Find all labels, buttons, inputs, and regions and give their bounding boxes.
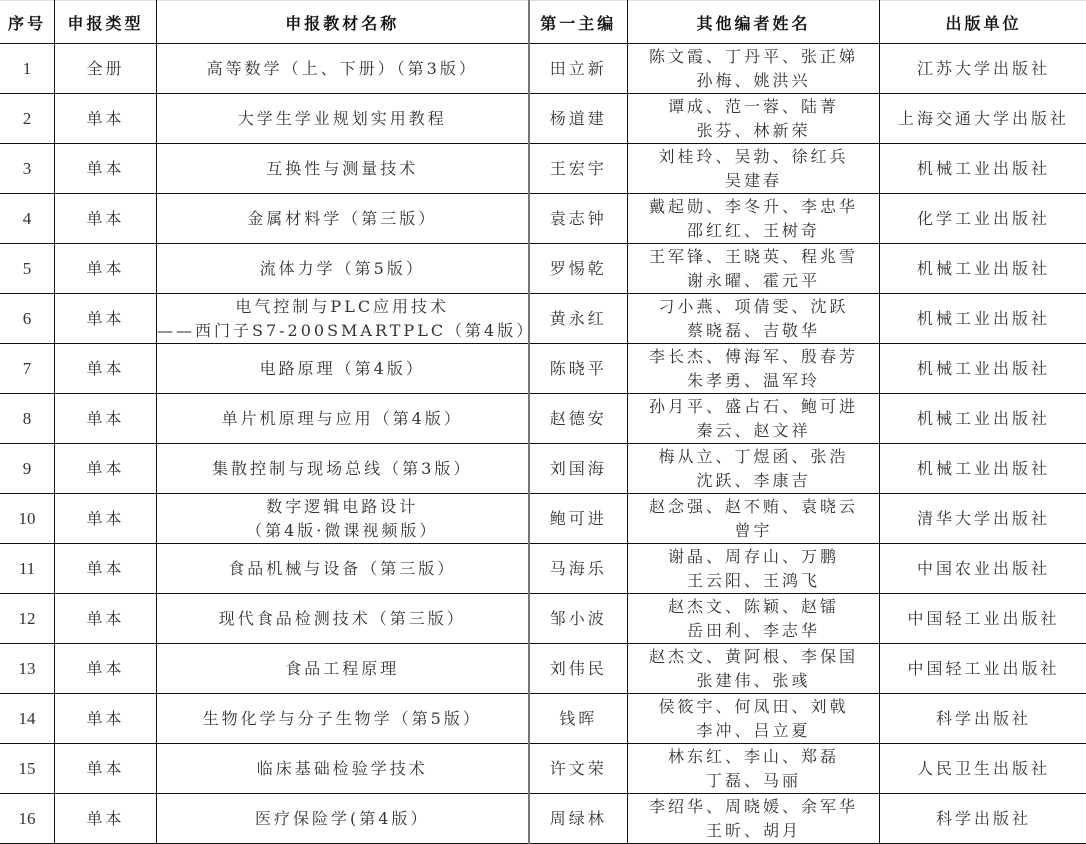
textbook-title-cell: 高等数学（上、下册）（第3版） [157,44,529,94]
textbook-title-line: 食品机械与设备（第三版） [157,557,528,581]
table-row: 2 单本 大学生学业规划实用教程 杨道建 谭成、范一蓉、陆菁张芬、林新荣 上海交… [0,94,1086,144]
other-editors-cell: 王军锋、王晓英、程兆雪谢永曜、霍元平 [628,244,880,294]
textbook-title-cell: 医疗保险学(第4版） [157,794,529,844]
other-editors-cell: 赵念强、赵不贿、袁晓云曾宇 [628,494,880,544]
other-editors-line: 丁磊、马丽 [628,769,879,793]
serial-number-cell: 3 [0,144,55,194]
publisher-cell: 机械工业出版社 [880,394,1086,444]
serial-number-cell: 8 [0,394,55,444]
other-editors-line: 赵念强、赵不贿、袁晓云 [628,495,879,519]
other-editors-cell: 戴起勋、李冬升、李忠华邵红红、王树奇 [628,194,880,244]
header-chief-editor: 第一主编 [529,1,628,44]
chief-editor-cell: 赵德安 [529,394,628,444]
publisher-cell: 中国轻工业出版社 [880,594,1086,644]
other-editors-line: 孙梅、姚洪兴 [628,69,879,93]
other-editors-line: 刘桂玲、吴勃、徐红兵 [628,145,879,169]
other-editors-cell: 李绍华、周晓媛、余军华王昕、胡月 [628,794,880,844]
application-type-cell: 单本 [55,244,157,294]
publisher-cell: 人民卫生出版社 [880,744,1086,794]
table-row: 6 单本 电气控制与PLC应用技术——西门子S7-200SMARTPLC（第4版… [0,294,1086,344]
textbook-title-cell: 现代食品检测技术（第三版） [157,594,529,644]
application-type-cell: 单本 [55,394,157,444]
textbook-title-cell: 电路原理（第4版） [157,344,529,394]
header-textbook-title: 申报教材名称 [157,1,529,44]
publisher-cell: 机械工业出版社 [880,144,1086,194]
publisher-cell: 科学出版社 [880,694,1086,744]
other-editors-line: 朱孝勇、温军玲 [628,369,879,393]
publisher-cell: 化学工业出版社 [880,194,1086,244]
other-editors-line: 李冲、吕立夏 [628,719,879,743]
application-type-cell: 单本 [55,544,157,594]
other-editors-line: 谢永曜、霍元平 [628,269,879,293]
table-row: 5 单本 流体力学（第5版） 罗惕乾 王军锋、王晓英、程兆雪谢永曜、霍元平 机械… [0,244,1086,294]
textbook-title-line: 临床基础检验学技术 [157,757,528,781]
textbook-title-line: 现代食品检测技术（第三版） [157,607,528,631]
other-editors-cell: 梅从立、丁煜函、张浩沈跃、李康吉 [628,444,880,494]
table-row: 3 单本 互换性与测量技术 王宏宇 刘桂玲、吴勃、徐红兵吴建春 机械工业出版社 [0,144,1086,194]
other-editors-line: 戴起勋、李冬升、李忠华 [628,195,879,219]
application-type-cell: 单本 [55,794,157,844]
header-other-editors: 其他编者姓名 [628,1,880,44]
chief-editor-cell: 杨道建 [529,94,628,144]
serial-number-cell: 16 [0,794,55,844]
textbook-title-line: 流体力学（第5版） [157,257,528,281]
publisher-cell: 上海交通大学出版社 [880,94,1086,144]
application-type-cell: 全册 [55,44,157,94]
textbook-title-cell: 互换性与测量技术 [157,144,529,194]
serial-number-cell: 14 [0,694,55,744]
textbook-title-line: 电路原理（第4版） [157,357,528,381]
other-editors-line: 张芬、林新荣 [628,119,879,143]
other-editors-line: 李长杰、傅海军、殷春芳 [628,345,879,369]
serial-number-cell: 1 [0,44,55,94]
publisher-cell: 中国轻工业出版社 [880,644,1086,694]
serial-number-cell: 5 [0,244,55,294]
textbook-title-line: 互换性与测量技术 [157,157,528,181]
application-type-cell: 单本 [55,94,157,144]
other-editors-cell: 孙月平、盛占石、鲍可进秦云、赵文祥 [628,394,880,444]
serial-number-cell: 9 [0,444,55,494]
textbook-title-line: 大学生学业规划实用教程 [157,107,528,131]
other-editors-line: 邵红红、王树奇 [628,219,879,243]
chief-editor-cell: 周绿林 [529,794,628,844]
application-type-cell: 单本 [55,594,157,644]
application-type-cell: 单本 [55,194,157,244]
other-editors-line: 岳田利、李志华 [628,619,879,643]
chief-editor-cell: 刘国海 [529,444,628,494]
application-type-cell: 单本 [55,294,157,344]
textbook-title-cell: 集散控制与现场总线（第3版） [157,444,529,494]
other-editors-cell: 谭成、范一蓉、陆菁张芬、林新荣 [628,94,880,144]
other-editors-line: 谢晶、周存山、万鹏 [628,545,879,569]
other-editors-line: 刁小燕、项倩雯、沈跃 [628,295,879,319]
textbook-title-cell: 金属材料学（第三版） [157,194,529,244]
application-type-cell: 单本 [55,694,157,744]
textbook-title-cell: 食品工程原理 [157,644,529,694]
textbook-title-cell: 食品机械与设备（第三版） [157,544,529,594]
other-editors-line: 谭成、范一蓉、陆菁 [628,95,879,119]
other-editors-line: 李绍华、周晓媛、余军华 [628,795,879,819]
other-editors-line: 梅从立、丁煜函、张浩 [628,445,879,469]
textbook-title-line: 集散控制与现场总线（第3版） [157,457,528,481]
chief-editor-cell: 王宏宇 [529,144,628,194]
textbook-title-line: 数字逻辑电路设计 [157,495,528,519]
other-editors-line: 赵杰文、黄阿根、李保国 [628,645,879,669]
header-publisher: 出版单位 [880,1,1086,44]
other-editors-cell: 赵杰文、黄阿根、李保国张建伟、张彧 [628,644,880,694]
table-row: 4 单本 金属材料学（第三版） 袁志钟 戴起勋、李冬升、李忠华邵红红、王树奇 化… [0,194,1086,244]
textbook-title-cell: 生物化学与分子生物学（第5版） [157,694,529,744]
table-row: 10 单本 数字逻辑电路设计（第4版·微课视频版） 鲍可进 赵念强、赵不贿、袁晓… [0,494,1086,544]
textbook-title-line: ——西门子S7-200SMARTPLC（第4版） [157,319,528,343]
table-row: 13 单本 食品工程原理 刘伟民 赵杰文、黄阿根、李保国张建伟、张彧 中国轻工业… [0,644,1086,694]
other-editors-line: 林东红、李山、郑磊 [628,745,879,769]
textbook-title-line: （第4版·微课视频版） [157,519,528,543]
application-type-cell: 单本 [55,494,157,544]
other-editors-line: 王云阳、王鸿飞 [628,569,879,593]
textbook-title-line: 食品工程原理 [157,657,528,681]
serial-number-cell: 2 [0,94,55,144]
textbook-title-cell: 数字逻辑电路设计（第4版·微课视频版） [157,494,529,544]
chief-editor-cell: 鲍可进 [529,494,628,544]
other-editors-cell: 陈文霞、丁丹平、张正娣孙梅、姚洪兴 [628,44,880,94]
chief-editor-cell: 袁志钟 [529,194,628,244]
publisher-cell: 机械工业出版社 [880,244,1086,294]
other-editors-line: 孙月平、盛占石、鲍可进 [628,395,879,419]
table-row: 7 单本 电路原理（第4版） 陈晓平 李长杰、傅海军、殷春芳朱孝勇、温军玲 机械… [0,344,1086,394]
publisher-cell: 中国农业出版社 [880,544,1086,594]
table-row: 14 单本 生物化学与分子生物学（第5版） 钱晖 侯筱宇、何凤田、刘戟李冲、吕立… [0,694,1086,744]
table-row: 12 单本 现代食品检测技术（第三版） 邹小波 赵杰文、陈颖、赵镭岳田利、李志华… [0,594,1086,644]
serial-number-cell: 11 [0,544,55,594]
publisher-cell: 科学出版社 [880,794,1086,844]
serial-number-cell: 15 [0,744,55,794]
chief-editor-cell: 田立新 [529,44,628,94]
chief-editor-cell: 黄永红 [529,294,628,344]
other-editors-cell: 赵杰文、陈颖、赵镭岳田利、李志华 [628,594,880,644]
table-row: 1 全册 高等数学（上、下册）（第3版） 田立新 陈文霞、丁丹平、张正娣孙梅、姚… [0,44,1086,94]
table-row: 16 单本 医疗保险学(第4版） 周绿林 李绍华、周晓媛、余军华王昕、胡月 科学… [0,794,1086,844]
textbook-title-line: 生物化学与分子生物学（第5版） [157,707,528,731]
textbook-application-table: 序号 申报类型 申报教材名称 第一主编 其他编者姓名 出版单位 1 全册 高等数… [0,0,1086,844]
chief-editor-cell: 钱晖 [529,694,628,744]
application-type-cell: 单本 [55,444,157,494]
table-row: 11 单本 食品机械与设备（第三版） 马海乐 谢晶、周存山、万鹏王云阳、王鸿飞 … [0,544,1086,594]
publisher-cell: 机械工业出版社 [880,294,1086,344]
textbook-title-cell: 大学生学业规划实用教程 [157,94,529,144]
table-row: 15 单本 临床基础检验学技术 许文荣 林东红、李山、郑磊丁磊、马丽 人民卫生出… [0,744,1086,794]
serial-number-cell: 13 [0,644,55,694]
header-application-type: 申报类型 [55,1,157,44]
other-editors-line: 王昕、胡月 [628,819,879,843]
serial-number-cell: 12 [0,594,55,644]
textbook-title-cell: 电气控制与PLC应用技术——西门子S7-200SMARTPLC（第4版） [157,294,529,344]
other-editors-line: 王军锋、王晓英、程兆雪 [628,245,879,269]
textbook-title-cell: 临床基础检验学技术 [157,744,529,794]
application-type-cell: 单本 [55,344,157,394]
other-editors-line: 吴建春 [628,169,879,193]
serial-number-cell: 6 [0,294,55,344]
chief-editor-cell: 许文荣 [529,744,628,794]
chief-editor-cell: 刘伟民 [529,644,628,694]
other-editors-line: 蔡晓磊、吉敬华 [628,319,879,343]
textbook-title-cell: 单片机原理与应用（第4版） [157,394,529,444]
application-type-cell: 单本 [55,644,157,694]
application-type-cell: 单本 [55,144,157,194]
publisher-cell: 江苏大学出版社 [880,44,1086,94]
textbook-title-line: 金属材料学（第三版） [157,207,528,231]
table-row: 9 单本 集散控制与现场总线（第3版） 刘国海 梅从立、丁煜函、张浩沈跃、李康吉… [0,444,1086,494]
other-editors-cell: 谢晶、周存山、万鹏王云阳、王鸿飞 [628,544,880,594]
serial-number-cell: 10 [0,494,55,544]
other-editors-line: 陈文霞、丁丹平、张正娣 [628,45,879,69]
other-editors-line: 曾宇 [628,519,879,543]
other-editors-cell: 侯筱宇、何凤田、刘戟李冲、吕立夏 [628,694,880,744]
chief-editor-cell: 陈晓平 [529,344,628,394]
serial-number-cell: 4 [0,194,55,244]
other-editors-line: 侯筱宇、何凤田、刘戟 [628,695,879,719]
header-serial-number: 序号 [0,1,55,44]
publisher-cell: 机械工业出版社 [880,344,1086,394]
other-editors-line: 沈跃、李康吉 [628,469,879,493]
textbook-title-cell: 流体力学（第5版） [157,244,529,294]
table-row: 8 单本 单片机原理与应用（第4版） 赵德安 孙月平、盛占石、鲍可进秦云、赵文祥… [0,394,1086,444]
other-editors-line: 赵杰文、陈颖、赵镭 [628,595,879,619]
chief-editor-cell: 马海乐 [529,544,628,594]
other-editors-cell: 李长杰、傅海军、殷春芳朱孝勇、温军玲 [628,344,880,394]
chief-editor-cell: 邹小波 [529,594,628,644]
textbook-title-line: 医疗保险学(第4版） [157,807,528,831]
chief-editor-cell: 罗惕乾 [529,244,628,294]
textbook-title-line: 高等数学（上、下册）（第3版） [157,57,528,81]
other-editors-line: 张建伟、张彧 [628,669,879,693]
publisher-cell: 清华大学出版社 [880,494,1086,544]
textbook-title-line: 电气控制与PLC应用技术 [157,295,528,319]
other-editors-line: 秦云、赵文祥 [628,419,879,443]
textbook-title-line: 单片机原理与应用（第4版） [157,407,528,431]
application-type-cell: 单本 [55,744,157,794]
header-row: 序号 申报类型 申报教材名称 第一主编 其他编者姓名 出版单位 [0,1,1086,44]
publisher-cell: 机械工业出版社 [880,444,1086,494]
other-editors-cell: 刘桂玲、吴勃、徐红兵吴建春 [628,144,880,194]
serial-number-cell: 7 [0,344,55,394]
other-editors-cell: 林东红、李山、郑磊丁磊、马丽 [628,744,880,794]
other-editors-cell: 刁小燕、项倩雯、沈跃蔡晓磊、吉敬华 [628,294,880,344]
